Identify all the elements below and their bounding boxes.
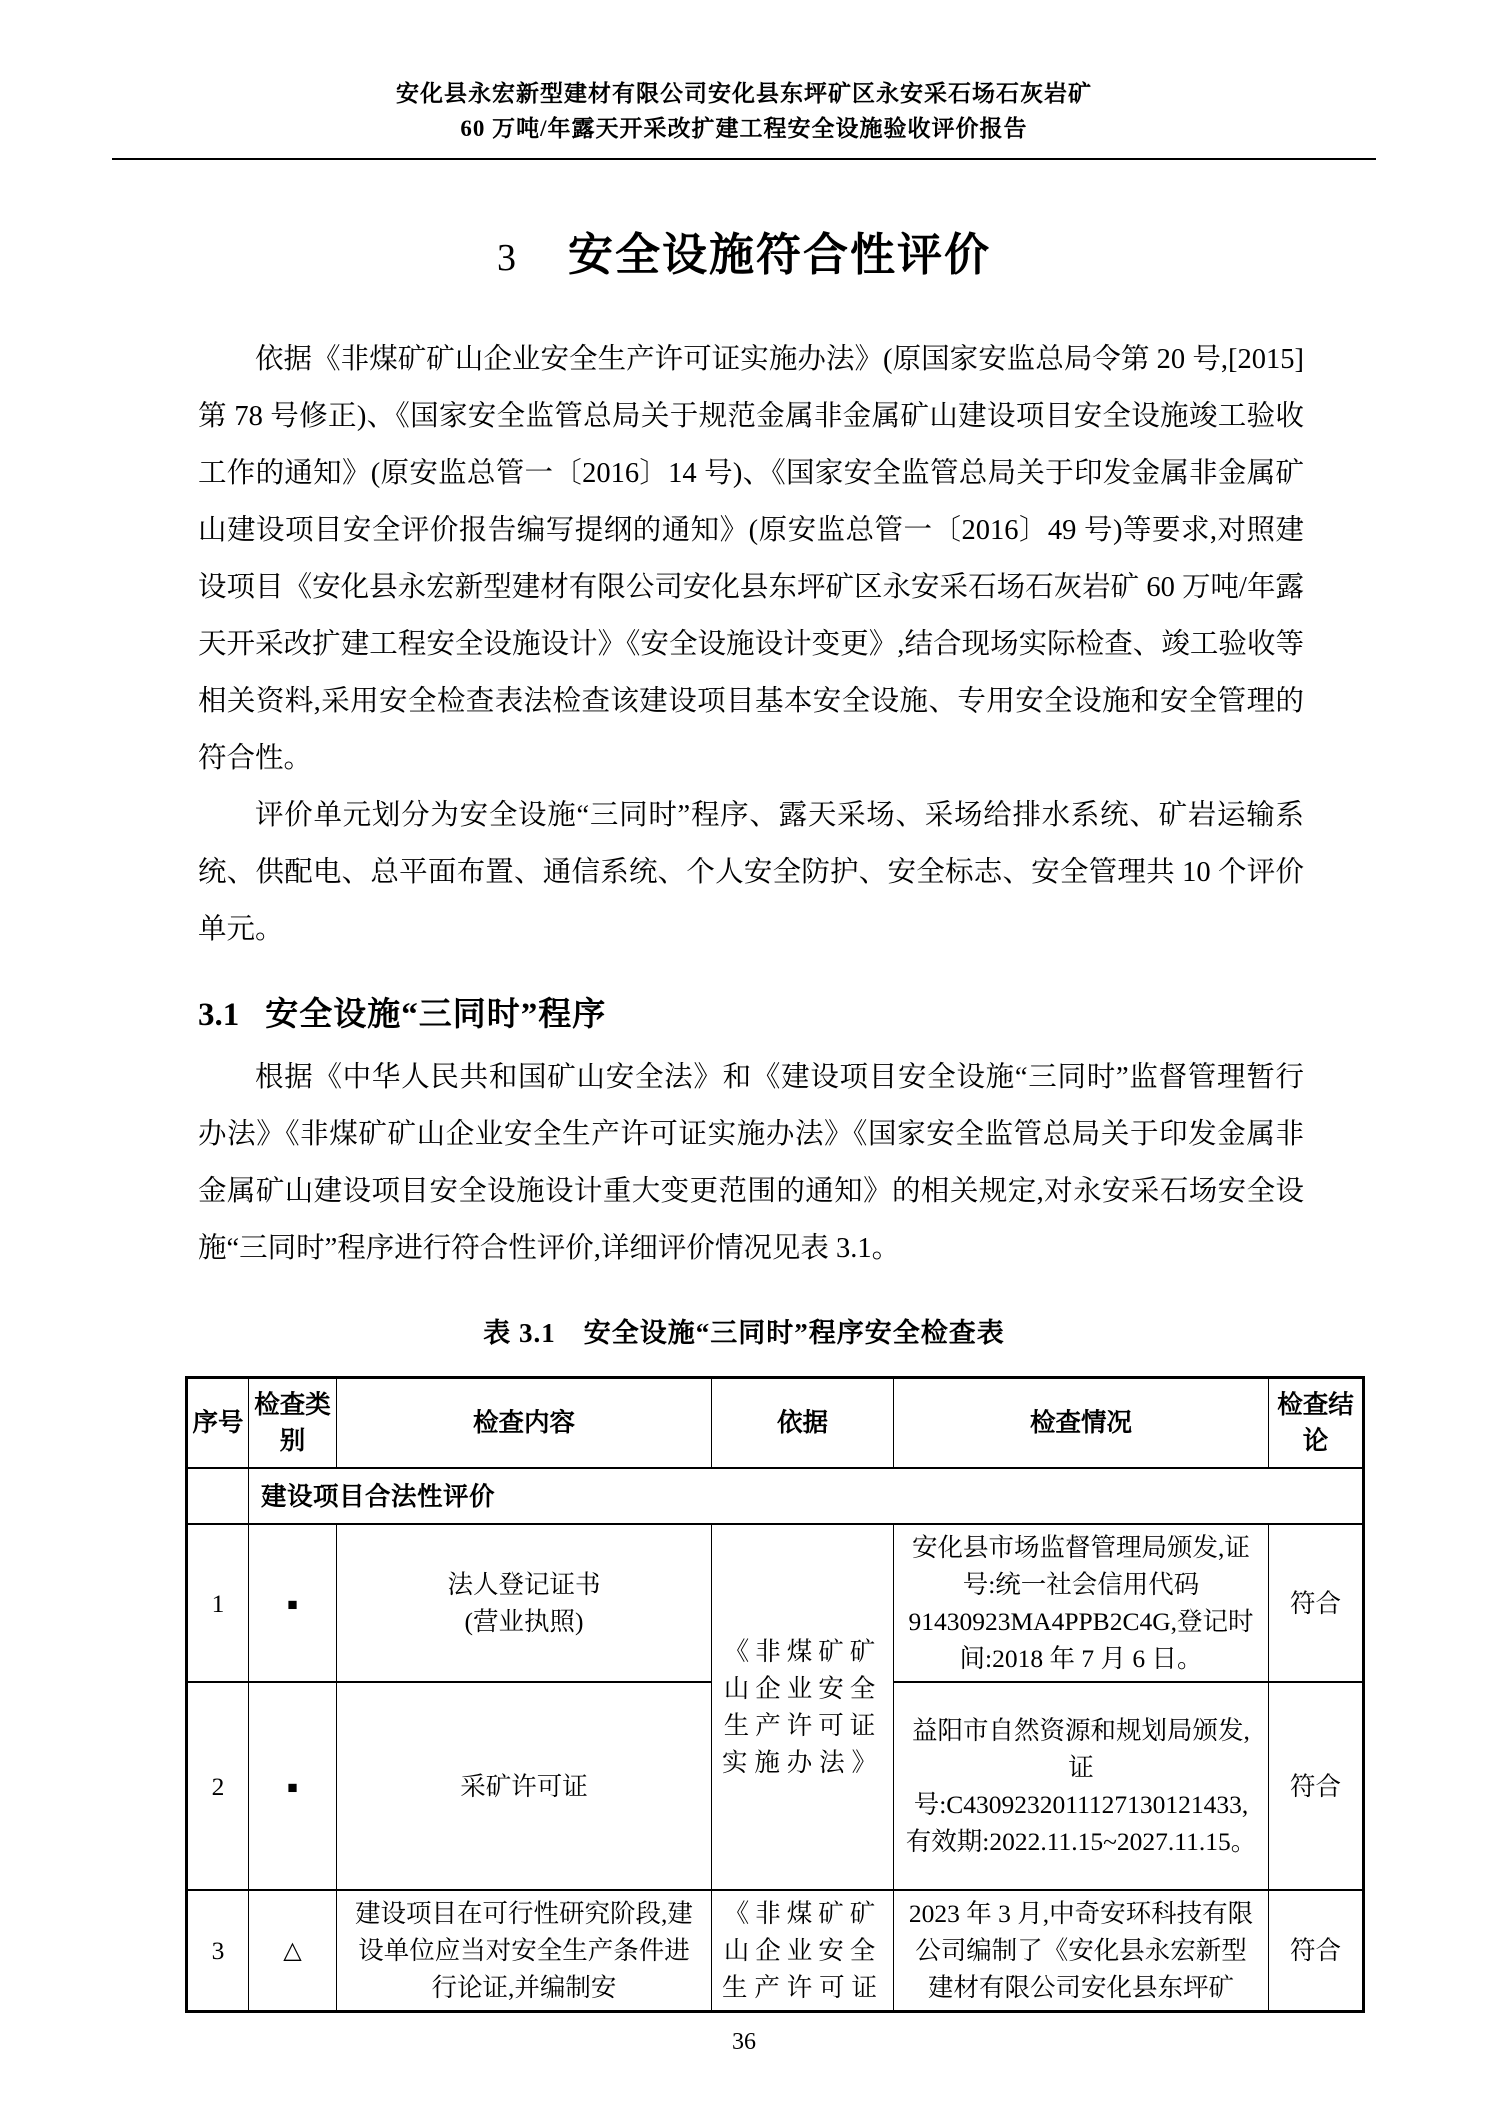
row3-conclusion: 符合 <box>1269 1890 1364 2012</box>
merged-basis-cell: 《非煤矿矿山企业安全生产许可证实施办法》 <box>712 1524 894 1890</box>
row3-no: 3 <box>187 1890 249 2012</box>
page-header: 安化县永宏新型建材有限公司安化县东坪矿区永安采石场石灰岩矿 60 万吨/年露天开… <box>0 0 1488 146</box>
paragraph-1: 依据《非煤矿矿山企业安全生产许可证实施办法》(原国家安监总局令第 20 号,[2… <box>198 331 1304 787</box>
row1-no: 1 <box>187 1524 249 1682</box>
table-caption: 表 3.1 安全设施“三同时”程序安全检查表 <box>0 1311 1488 1350</box>
row2-situation: 益阳市自然资源和规划局颁发,证号:C4309232011127130121433… <box>894 1682 1269 1890</box>
row2-content: 采矿许可证 <box>337 1682 712 1890</box>
table-group-row: 建设项目合法性评价 <box>187 1468 1364 1524</box>
section-title-text: 安全设施“三同时”程序 <box>265 997 606 1033</box>
row2-conclusion: 符合 <box>1269 1682 1364 1890</box>
table-row: 3 △ 建设项目在可行性研究阶段,建设单位应当对安全生产条件进行论证,并编制安 … <box>187 1890 1364 2012</box>
row3-situation: 2023 年 3 月,中奇安环科技有限公司编制了《安化县永宏新型建材有限公司安化… <box>894 1890 1269 2012</box>
row3-content: 建设项目在可行性研究阶段,建设单位应当对安全生产条件进行论证,并编制安 <box>337 1890 712 2012</box>
group-row-empty-cell <box>187 1468 249 1524</box>
row1-conclusion: 符合 <box>1269 1524 1364 1682</box>
header-line-2: 60 万吨/年露天开采改扩建工程安全设施验收评价报告 <box>0 111 1488 146</box>
header-cell-content: 检查内容 <box>337 1378 712 1469</box>
row3-basis: 《非煤矿矿山企业安全生产许可证 <box>712 1890 894 2012</box>
row1-content: 法人登记证书 (营业执照) <box>337 1524 712 1682</box>
safety-check-table: 序号 检查类别 检查内容 依据 检查情况 检查结论 建设项目合法性评价 1 ■ … <box>185 1376 1365 2013</box>
header-cell-category: 检查类别 <box>249 1378 337 1469</box>
header-cell-basis: 依据 <box>712 1378 894 1469</box>
triangle-symbol: △ <box>249 1890 337 2012</box>
section-number: 3.1 <box>198 997 239 1033</box>
header-divider <box>112 158 1376 160</box>
header-line-1: 安化县永宏新型建材有限公司安化县东坪矿区永安采石场石灰岩矿 <box>0 76 1488 111</box>
section-heading: 3.1安全设施“三同时”程序 <box>198 988 1488 1035</box>
intro-paragraphs: 依据《非煤矿矿山企业安全生产许可证实施办法》(原国家安监总局令第 20 号,[2… <box>198 331 1304 958</box>
chapter-title-text: 安全设施符合性评价 <box>568 230 991 280</box>
filled-square-symbol: ■ <box>249 1682 337 1890</box>
header-cell-no: 序号 <box>187 1378 249 1469</box>
chapter-title: 3安全设施符合性评价 <box>0 218 1488 283</box>
paragraph-2: 评价单元划分为安全设施“三同时”程序、露天采场、采场给排水系统、矿岩运输系统、供… <box>198 787 1304 958</box>
table-row: 1 ■ 法人登记证书 (营业执照) 《非煤矿矿山企业安全生产许可证实施办法》 安… <box>187 1524 1364 1682</box>
row2-no: 2 <box>187 1682 249 1890</box>
row1-situation: 安化县市场监督管理局颁发,证号:统一社会信用代码 91430923MA4PPB2… <box>894 1524 1269 1682</box>
header-cell-situation: 检查情况 <box>894 1378 1269 1469</box>
document-page: 安化县永宏新型建材有限公司安化县东坪矿区永安采石场石灰岩矿 60 万吨/年露天开… <box>0 0 1488 2104</box>
filled-square-symbol: ■ <box>249 1524 337 1682</box>
section-paragraphs: 根据《中华人民共和国矿山安全法》和《建设项目安全设施“三同时”监督管理暂行办法》… <box>198 1049 1304 1277</box>
header-cell-conclusion: 检查结论 <box>1269 1378 1364 1469</box>
group-row-label: 建设项目合法性评价 <box>249 1468 1364 1524</box>
table-header-row: 序号 检查类别 检查内容 依据 检查情况 检查结论 <box>187 1378 1364 1469</box>
chapter-number: 3 <box>497 237 516 279</box>
paragraph-3: 根据《中华人民共和国矿山安全法》和《建设项目安全设施“三同时”监督管理暂行办法》… <box>198 1049 1304 1277</box>
page-number: 36 <box>0 2029 1488 2056</box>
